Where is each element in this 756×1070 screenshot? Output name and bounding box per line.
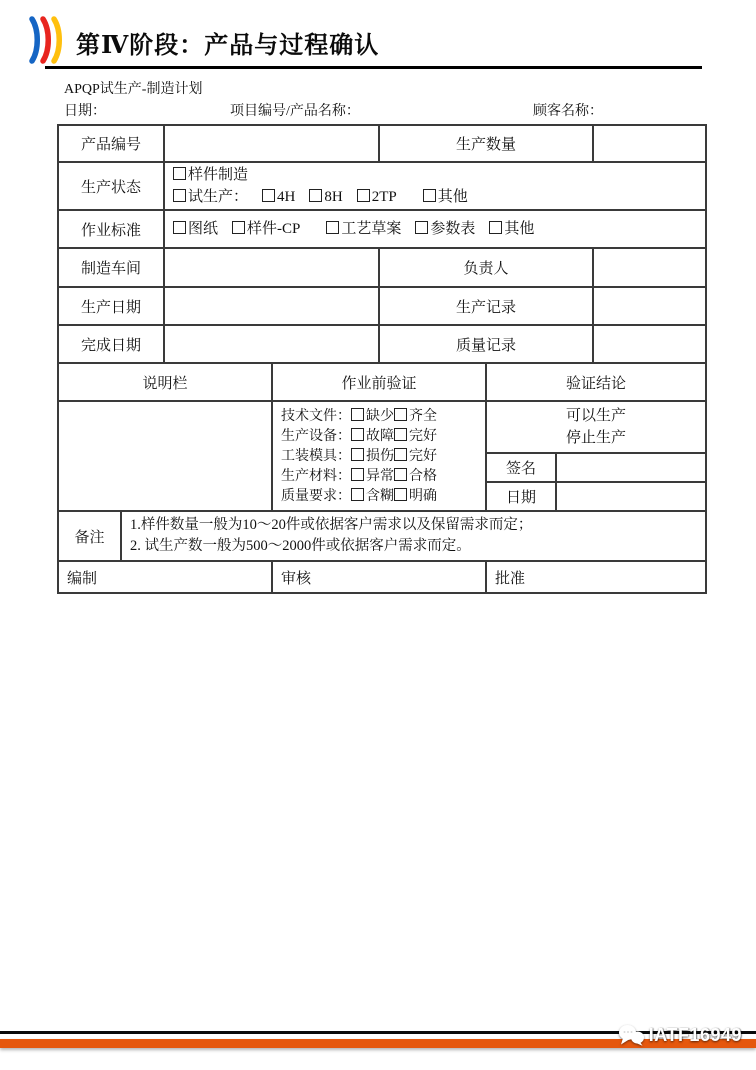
checkbox-icon (351, 448, 364, 461)
production-date-label: 生产日期 (59, 288, 165, 324)
remark-content: 1.样件数量一般为10～20件或依据客户需求以及保留需求而定； 2. 试生产数一… (122, 512, 705, 560)
table-row-product: 产品编号 生产数量 (59, 126, 705, 163)
conclusion-produce-label: 可以生产 (566, 405, 626, 427)
checkbox-icon (173, 221, 186, 234)
notes-column-header: 说明栏 (59, 364, 273, 400)
production-status-label: 生产状态 (59, 163, 165, 209)
standard-line: 图纸样件-CP工艺草案参数表其他 (173, 218, 705, 240)
check-item-tech-doc: 技术文件：缺少齐全 (281, 407, 485, 427)
check-item-equipment: 生产设备：故障完好 (281, 427, 485, 447)
production-date-field (165, 288, 380, 324)
watermark-text: IATF16949 (649, 1025, 742, 1046)
form-title: APQP试生产-制造计划 (64, 78, 704, 98)
check-neg-label: 含糊 (366, 489, 394, 504)
product-no-field (165, 126, 380, 161)
checkbox-icon (173, 189, 186, 202)
product-no-label: 产品编号 (59, 126, 165, 161)
production-qty-label: 生产数量 (380, 126, 594, 161)
date-row: 日期 (487, 483, 705, 510)
conclusion-cell: 可以生产 停止生产 签名 日期 (487, 402, 705, 510)
manufacturing-plan-table: 产品编号 生产数量 生产状态 样件制造 试生产：4H8H2TP其他 作业标准 图 (57, 124, 707, 594)
checkbox-icon (351, 428, 364, 441)
checkbox-icon (351, 488, 364, 501)
check-item-quality: 质量要求：含糊明确 (281, 487, 485, 507)
responsible-field (594, 249, 705, 286)
meta-line: 日期： 项目编号/产品名称： 顾客名称： (64, 100, 704, 118)
checkbox-icon (232, 221, 245, 234)
signature-row: 签名 (487, 454, 705, 483)
finish-date-field (165, 326, 380, 362)
check-pos-label: 明确 (409, 489, 437, 504)
checkbox-icon (423, 189, 436, 202)
project-number-label: 项目编号/产品名称： (230, 100, 360, 120)
option-other-standard-label: 其他 (504, 221, 534, 237)
checkbox-icon (415, 221, 428, 234)
check-neg-label: 异常 (366, 469, 394, 484)
table-row-production-date: 生产日期 生产记录 (59, 288, 705, 326)
status-line-trial: 试生产：4H8H2TP其他 (173, 186, 705, 208)
checkbox-icon (351, 408, 364, 421)
checkbox-icon (262, 189, 275, 202)
signature-label: 签名 (487, 454, 557, 481)
page-title: 第Ⅳ阶段：产品与过程确认 (76, 25, 379, 60)
table-row-workshop: 制造车间 负责人 (59, 249, 705, 288)
check-item-tooling: 工装模具：损伤完好 (281, 447, 485, 467)
title-underline (45, 66, 702, 69)
check-pos-label: 齐全 (409, 409, 437, 424)
table-row-verification-header: 说明栏 作业前验证 验证结论 (59, 364, 705, 402)
checkbox-icon (394, 428, 407, 441)
check-item-label: 质量要求： (281, 489, 351, 504)
production-record-label: 生产记录 (380, 288, 594, 324)
production-qty-field (594, 126, 705, 161)
check-item-material: 生产材料：异常合格 (281, 467, 485, 487)
check-item-label: 技术文件： (281, 409, 351, 424)
checkbox-icon (394, 488, 407, 501)
work-standard-options: 图纸样件-CP工艺草案参数表其他 (165, 211, 705, 247)
remark-line-1: 1.样件数量一般为10～20件或依据客户需求以及保留需求而定； (130, 515, 699, 536)
pre-check-column-header: 作业前验证 (273, 364, 487, 400)
check-item-label: 工装模具： (281, 449, 351, 464)
check-neg-label: 损伤 (366, 449, 394, 464)
sign-date-field (557, 483, 705, 510)
check-pos-label: 完好 (409, 449, 437, 464)
workshop-field (165, 249, 380, 286)
conclusion-stop-label: 停止生产 (566, 427, 626, 449)
customer-name-label: 顾客名称： (533, 100, 603, 120)
conclusion-options: 可以生产 停止生产 (487, 402, 705, 454)
option-sample-label: 样件制造 (188, 167, 248, 183)
slide-page: 第Ⅳ阶段：产品与过程确认 APQP试生产-制造计划 日期： 项目编号/产品名称：… (0, 0, 756, 1070)
check-item-label: 生产设备： (281, 429, 351, 444)
work-standard-label: 作业标准 (59, 211, 165, 247)
workshop-label: 制造车间 (59, 249, 165, 286)
brand-logo-icon (27, 16, 63, 64)
checkbox-icon (326, 221, 339, 234)
responsible-label: 负责人 (380, 249, 594, 286)
date-label: 日期： (64, 100, 106, 120)
check-neg-label: 故障 (366, 429, 394, 444)
table-row-approval: 编制 审核 批准 (59, 562, 705, 592)
option-process-draft-label: 工艺草案 (341, 221, 401, 237)
reviewed-by-label: 审核 (273, 562, 487, 592)
production-status-options: 样件制造 试生产：4H8H2TP其他 (165, 163, 705, 209)
check-neg-label: 缺少 (366, 409, 394, 424)
checkbox-icon (173, 167, 186, 180)
logo-chevron-red-icon (43, 19, 48, 61)
production-record-field (594, 288, 705, 324)
finish-date-label: 完成日期 (59, 326, 165, 362)
checkbox-icon (394, 448, 407, 461)
option-2tp-label: 2TP (372, 189, 397, 205)
checkbox-icon (309, 189, 322, 202)
status-line-sample: 样件制造 (173, 164, 705, 186)
table-row-finish-date: 完成日期 质量记录 (59, 326, 705, 364)
quality-record-label: 质量记录 (380, 326, 594, 362)
option-other-label: 其他 (438, 189, 468, 205)
checkbox-icon (351, 468, 364, 481)
form-meta: APQP试生产-制造计划 日期： 项目编号/产品名称： 顾客名称： (64, 78, 704, 118)
checkbox-icon (489, 221, 502, 234)
option-sample-cp-label: 样件-CP (247, 221, 300, 237)
remark-line-2: 2. 试生产数一般为500～2000件或依据客户需求而定。 (130, 536, 699, 557)
check-pos-label: 完好 (409, 429, 437, 444)
option-4h-label: 4H (277, 189, 295, 205)
checkbox-icon (394, 408, 407, 421)
notes-field (59, 402, 273, 510)
table-row-verification-body: 技术文件：缺少齐全 生产设备：故障完好 工装模具：损伤完好 生产材料：异常合格 … (59, 402, 705, 512)
chat-bubbles-icon (618, 1024, 645, 1046)
signature-field (557, 454, 705, 481)
checkbox-icon (357, 189, 370, 202)
checkbox-icon (394, 468, 407, 481)
option-drawing-label: 图纸 (188, 221, 218, 237)
check-pos-label: 合格 (409, 469, 437, 484)
option-trial-label: 试生产： (188, 189, 248, 205)
logo-chevron-blue-icon (32, 19, 37, 61)
watermark: IATF16949 (618, 1024, 742, 1046)
logo-chevron-yellow-icon (54, 19, 59, 61)
prepared-by-label: 编制 (59, 562, 273, 592)
quality-record-field (594, 326, 705, 362)
pre-check-items: 技术文件：缺少齐全 生产设备：故障完好 工装模具：损伤完好 生产材料：异常合格 … (273, 402, 487, 510)
sign-date-label: 日期 (487, 483, 557, 510)
approved-by-label: 批准 (487, 562, 705, 592)
option-8h-label: 8H (324, 189, 342, 205)
conclusion-column-header: 验证结论 (487, 364, 705, 400)
check-item-label: 生产材料： (281, 469, 351, 484)
table-row-remark: 备注 1.样件数量一般为10～20件或依据客户需求以及保留需求而定； 2. 试生… (59, 512, 705, 562)
table-row-production-status: 生产状态 样件制造 试生产：4H8H2TP其他 (59, 163, 705, 211)
option-parameter-table-label: 参数表 (430, 221, 475, 237)
table-row-work-standard: 作业标准 图纸样件-CP工艺草案参数表其他 (59, 211, 705, 249)
remark-label: 备注 (59, 512, 122, 560)
